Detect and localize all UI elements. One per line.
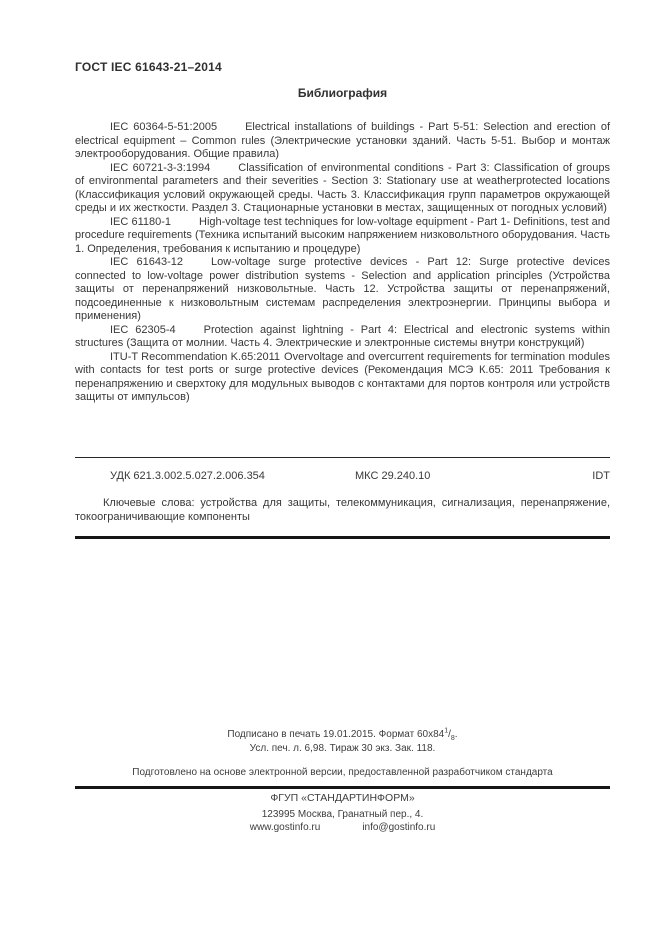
imprint-line-1: Подписано в печать 19.01.2015. Формат 60… — [75, 728, 610, 742]
bibliography-entry: ITU-T Recommendation K.65:2011Overvoltag… — [75, 351, 610, 405]
spacer — [217, 129, 245, 130]
bibliography-entry: IEC 60364-5-51:2005Electrical installati… — [75, 121, 610, 162]
document-page: ГОСТ IEC 61643-21–2014 Библиография IEC … — [0, 0, 661, 936]
imprint-block: Подписано в печать 19.01.2015. Формат 60… — [75, 728, 610, 756]
spacer — [176, 332, 204, 333]
mks-code: МКС 29.240.10 — [355, 470, 430, 482]
spacer — [210, 170, 238, 171]
classification-codes-row: УДК 621.3.002.5.027.2.006.354 МКС 29.240… — [75, 470, 610, 485]
horizontal-rule-thick — [75, 786, 610, 789]
publisher-address: 123995 Москва, Гранатный пер., 4. — [75, 809, 610, 820]
keywords-block: Ключевые слова: устройства для защиты, т… — [75, 497, 610, 524]
bibliography-entry: IEC 61643-12Low-voltage surge protective… — [75, 256, 610, 324]
udk-code: УДК 621.3.002.5.027.2.006.354 — [110, 470, 265, 482]
spacer — [320, 829, 362, 830]
email-text: info@gostinfo.ru — [362, 822, 435, 833]
publisher-contacts: www.gostinfo.ruinfo@gostinfo.ru — [75, 822, 610, 833]
prepared-note: Подготовлено на основе электронной верси… — [75, 767, 610, 778]
standard-id: IEC 61643-12 — [110, 256, 183, 268]
horizontal-rule-thick — [75, 536, 610, 539]
horizontal-rule-thin — [75, 457, 610, 458]
bibliography-list: IEC 60364-5-51:2005Electrical installati… — [75, 121, 610, 405]
standard-id: IEC 62305-4 — [110, 324, 176, 336]
imprint-format-suffix: . — [455, 729, 458, 740]
spacer — [183, 264, 211, 265]
bibliography-entry: IEC 60721-3-3:1994Classification of envi… — [75, 162, 610, 216]
website-text: www.gostinfo.ru — [250, 822, 321, 833]
keywords-text: Ключевые слова: устройства для защиты, т… — [75, 497, 610, 524]
doc-code-header: ГОСТ IEC 61643-21–2014 — [75, 60, 610, 74]
standard-id: IEC 60721-3-3:1994 — [110, 162, 210, 174]
bibliography-entry: IEC 62305-4Protection against lightning … — [75, 324, 610, 351]
imprint-line-2: Усл. печ. л. 6,98. Тираж 30 экз. Зак. 11… — [75, 742, 610, 756]
spacer — [171, 224, 199, 225]
publisher-name: ФГУП «СТАНДАРТИНФОРМ» — [75, 792, 610, 804]
imprint-format-prefix: Подписано в печать 19.01.2015. Формат 60… — [227, 729, 444, 740]
section-title: Библиография — [75, 86, 610, 100]
bibliography-entry: IEC 61180-1High-voltage test techniques … — [75, 216, 610, 257]
standard-id: IEC 61180-1 — [110, 216, 171, 228]
standard-id: ITU-T Recommendation K.65:2011 — [110, 351, 280, 363]
idt-code: IDT — [592, 470, 610, 482]
standard-id: IEC 60364-5-51:2005 — [110, 121, 217, 133]
